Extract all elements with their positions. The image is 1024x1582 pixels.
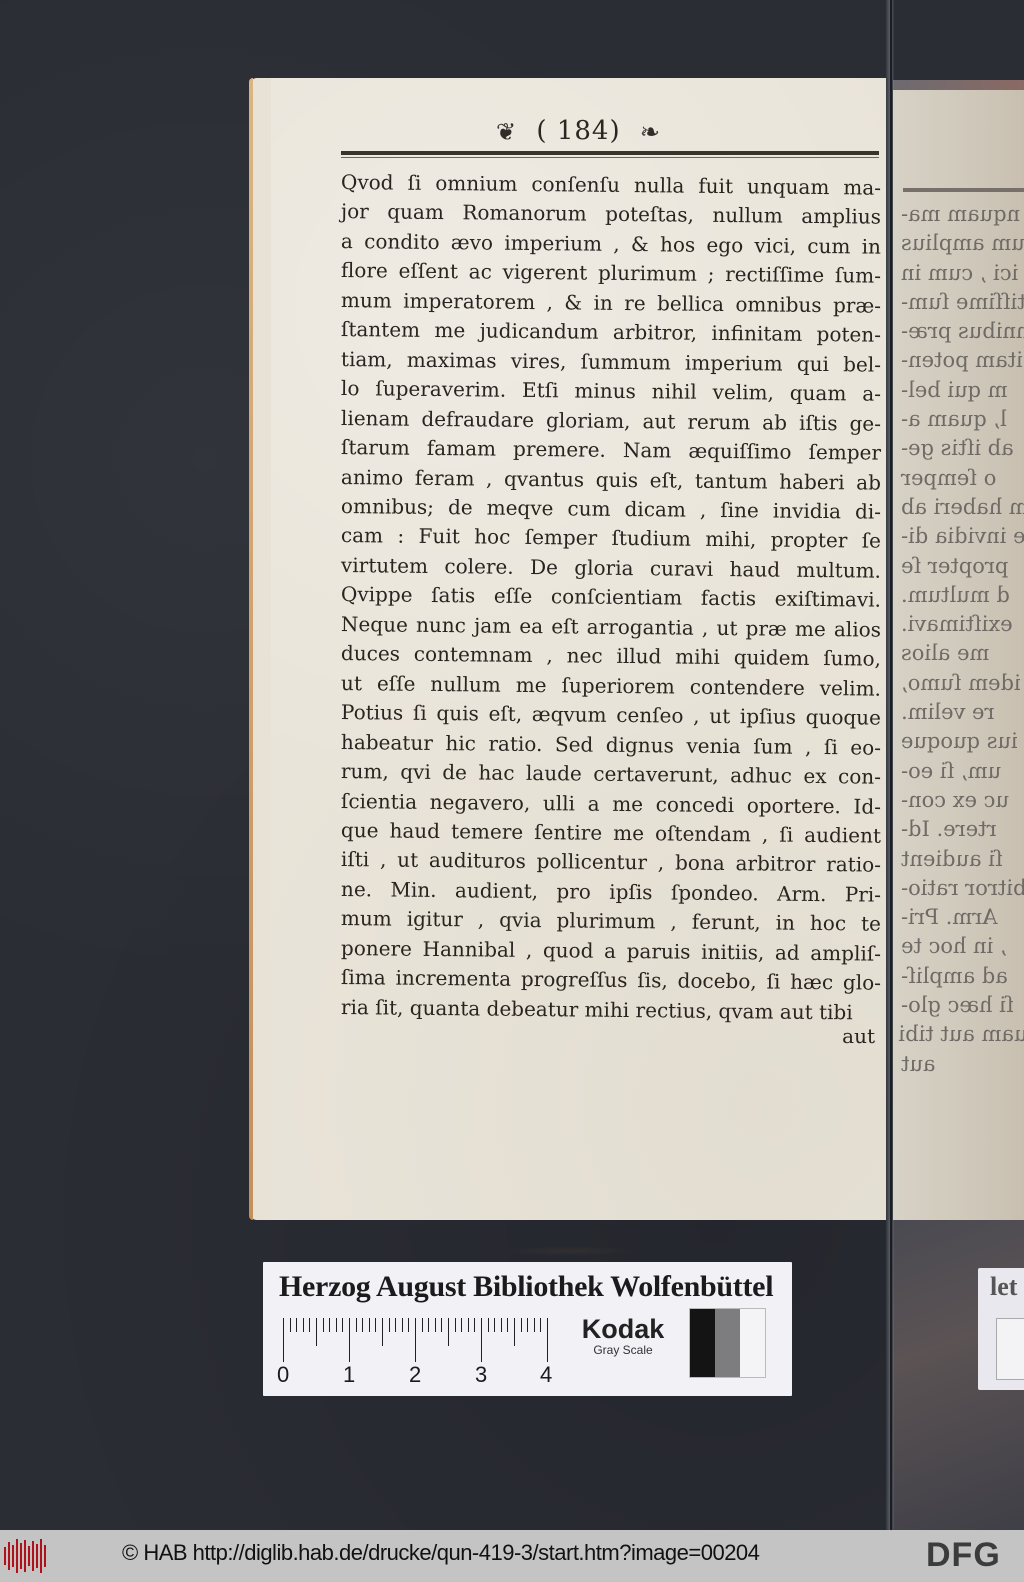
ruler-tick <box>481 1318 482 1362</box>
ruler-tick <box>441 1318 442 1332</box>
ruler-number: 0 <box>277 1362 289 1388</box>
ornament-right-icon: ❧ <box>640 118 661 146</box>
ruler-tick <box>540 1318 541 1332</box>
ruler-tick <box>382 1318 383 1346</box>
footer-bar: © HAB http://diglib.hab.de/drucke/qun-41… <box>0 1530 1024 1582</box>
ruler-tick <box>488 1318 489 1332</box>
ruler-tick <box>375 1318 376 1332</box>
adjacent-card-text: let <box>990 1272 1017 1302</box>
ruler-tick <box>316 1318 317 1346</box>
ornament-left-icon: ❦ <box>496 118 517 146</box>
ruler-tick <box>389 1318 390 1332</box>
gray-scale-label: Gray Scale <box>573 1343 673 1357</box>
page-body-text: Qvod ſi omnium conſenſu nulla fuit unqua… <box>341 168 881 1052</box>
ruler-tick <box>323 1318 324 1332</box>
ruler-tick <box>336 1318 337 1332</box>
swatch-white <box>740 1309 765 1377</box>
ruler-tick <box>474 1318 475 1332</box>
ruler-tick <box>501 1318 502 1332</box>
ink-smudge <box>504 1246 634 1256</box>
header-rule <box>341 151 879 155</box>
kodak-label: Kodak Gray Scale <box>573 1314 673 1357</box>
page-number: ( 184) <box>536 116 620 146</box>
ruler-tick <box>309 1318 310 1332</box>
ruler-number: 3 <box>475 1362 487 1388</box>
ruler-tick <box>342 1318 343 1332</box>
ruler-tick <box>521 1318 522 1332</box>
ruler-tick <box>514 1318 515 1346</box>
swatch-gray <box>715 1309 740 1377</box>
ruler-tick <box>408 1318 409 1332</box>
ruler-tick <box>461 1318 462 1332</box>
ruler-number: 1 <box>343 1362 355 1388</box>
ruler-tick <box>356 1318 357 1332</box>
ruler-tick <box>494 1318 495 1332</box>
ruler-tick <box>296 1318 297 1332</box>
ruler-number: 4 <box>540 1362 552 1388</box>
ruler-scale <box>283 1318 549 1362</box>
ruler-tick <box>428 1318 429 1332</box>
ruler-tick <box>468 1318 469 1332</box>
ruler-tick <box>422 1318 423 1332</box>
adjacent-card-box <box>996 1318 1024 1380</box>
adjacent-page: nquam ma- um amplius ici , cum in ctiſſi… <box>893 80 1024 1220</box>
adjacent-page-top <box>893 80 1024 90</box>
library-name: Herzog August Bibliothek Wolfenbüttel <box>279 1270 773 1304</box>
ruler-tick <box>547 1318 548 1362</box>
gray-swatches <box>689 1308 766 1378</box>
ruler-tick <box>507 1318 508 1332</box>
kodak-brand: Kodak <box>573 1314 673 1345</box>
plastic-sheet-line <box>890 0 892 1530</box>
ruler-number: 2 <box>409 1362 421 1388</box>
page-header: ❦ ( 184) ❧ <box>271 116 886 146</box>
ruler-tick <box>329 1318 330 1332</box>
ruler-tick <box>534 1318 535 1332</box>
source-link[interactable]: © HAB http://diglib.hab.de/drucke/qun-41… <box>122 1540 759 1566</box>
text-line: ria ſit, quanta debeatur mihi rectius, q… <box>341 993 881 1028</box>
ruler-tick <box>362 1318 363 1332</box>
ruler-tick <box>402 1318 403 1332</box>
ruler-tick <box>349 1318 350 1362</box>
header-rule-thin <box>341 157 879 158</box>
ruler-tick <box>283 1318 284 1362</box>
ruler-tick <box>455 1318 456 1332</box>
ruler-tick <box>435 1318 436 1332</box>
book-page: ❦ ( 184) ❧ Qvod ſi omnium conſenſu nulla… <box>249 78 886 1220</box>
ruler-tick <box>415 1318 416 1362</box>
ruler-tick <box>303 1318 304 1332</box>
swatch-black <box>690 1309 715 1377</box>
adjacent-page-rule <box>903 188 1024 192</box>
adjacent-page-mirrored-text: nquam ma- um amplius ici , cum in ctiſſi… <box>901 200 1024 1079</box>
ruler-tick <box>527 1318 528 1332</box>
ruler-tick <box>290 1318 291 1332</box>
color-reference-card: Herzog August Bibliothek Wolfenbüttel <box>263 1262 792 1396</box>
hab-logo-icon <box>4 1538 48 1574</box>
ruler-tick <box>448 1318 449 1346</box>
ruler-tick <box>369 1318 370 1332</box>
ruler-tick <box>395 1318 396 1332</box>
dfg-logo: DFG <box>926 1536 1001 1575</box>
